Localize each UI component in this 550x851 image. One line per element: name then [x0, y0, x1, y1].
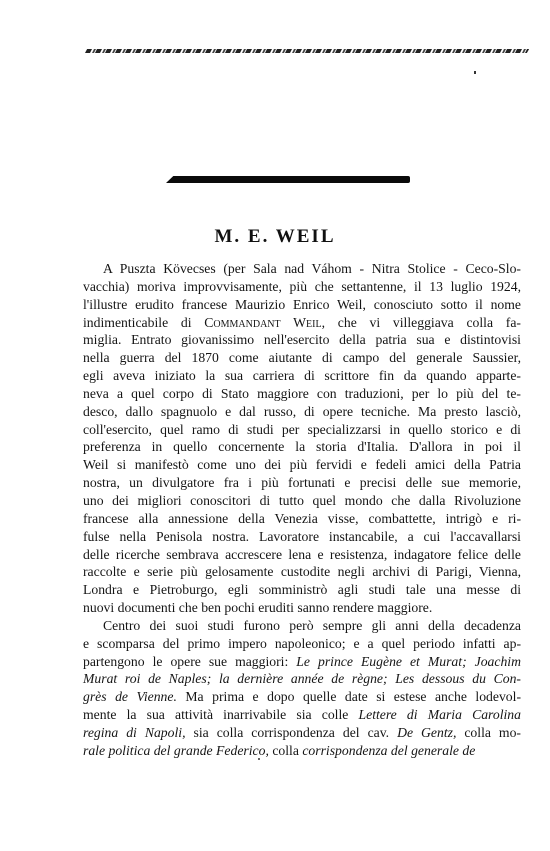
text-line: miglia. Entrato giovanissimo nell'eserci…: [83, 331, 521, 349]
text-line: l'illustre erudito francese Maurizio Enr…: [83, 296, 521, 314]
text-line: Centro dei suoi studi furono però sempre…: [83, 617, 521, 635]
text-line: nuovi documenti che ben pochi eruditi sa…: [83, 599, 521, 617]
text-line: fulse nella Penisola nostra. Lavoratore …: [83, 528, 521, 546]
text-line: neva a quel corpo di Stato maggiore con …: [83, 385, 521, 403]
text-line: vacchia) moriva improvvisamente, più che…: [83, 278, 521, 296]
stray-mark: [474, 71, 476, 74]
text-line: Londra e Pietroburgo, egli somministrò a…: [83, 581, 521, 599]
heavy-rule: [166, 176, 410, 183]
bottom-dot: [258, 758, 260, 760]
text-line: delle ricerche sembrava accrescere lena …: [83, 546, 521, 564]
text-line: e scomparsa del primo impero napoleonico…: [83, 635, 521, 653]
text-line: egli aveva iniziato la sua carriera di s…: [83, 367, 521, 385]
text-line: regina di Napoli, sia colla corrisponden…: [83, 724, 521, 742]
text-line: indimenticabile di Commandant Weil, che …: [83, 314, 521, 332]
text-line: nella guerra del 1870 come aiutante di c…: [83, 349, 521, 367]
text-line: raccolte e serie più gelosamente custodi…: [83, 563, 521, 581]
ornamental-rule: [85, 49, 529, 53]
text-line: preferenza in quello concernente la stor…: [83, 438, 521, 456]
text-line: A Puszta Kövecses (per Sala nad Váhom - …: [83, 260, 521, 278]
text-line: mente la sua attività inarrivabile sia c…: [83, 706, 521, 724]
body-text: A Puszta Kövecses (per Sala nad Váhom - …: [83, 260, 521, 760]
text-line: nostra, un divulgatore fra i più fortuna…: [83, 474, 521, 492]
text-line: Weil si manifestò come uno dei più fervi…: [83, 456, 521, 474]
text-line: francese alla annessione della Venezia v…: [83, 510, 521, 528]
text-line: rale politica del grande Federico, colla…: [83, 742, 521, 760]
text-line: Murat roi de Naples; la dernière année d…: [83, 670, 521, 688]
page-title: M. E. WEIL: [0, 226, 550, 248]
text-line: coll'esercito, quel ramo di studi per sp…: [83, 421, 521, 439]
text-line: uno dei migliori conoscitori di tutto qu…: [83, 492, 521, 510]
text-line: grès de Vienne. Ma prima e dopo quelle d…: [83, 688, 521, 706]
text-line: desco, dallo spagnuolo e dal russo, di o…: [83, 403, 521, 421]
text-line: partengono le opere sue maggiori: Le pri…: [83, 653, 521, 671]
